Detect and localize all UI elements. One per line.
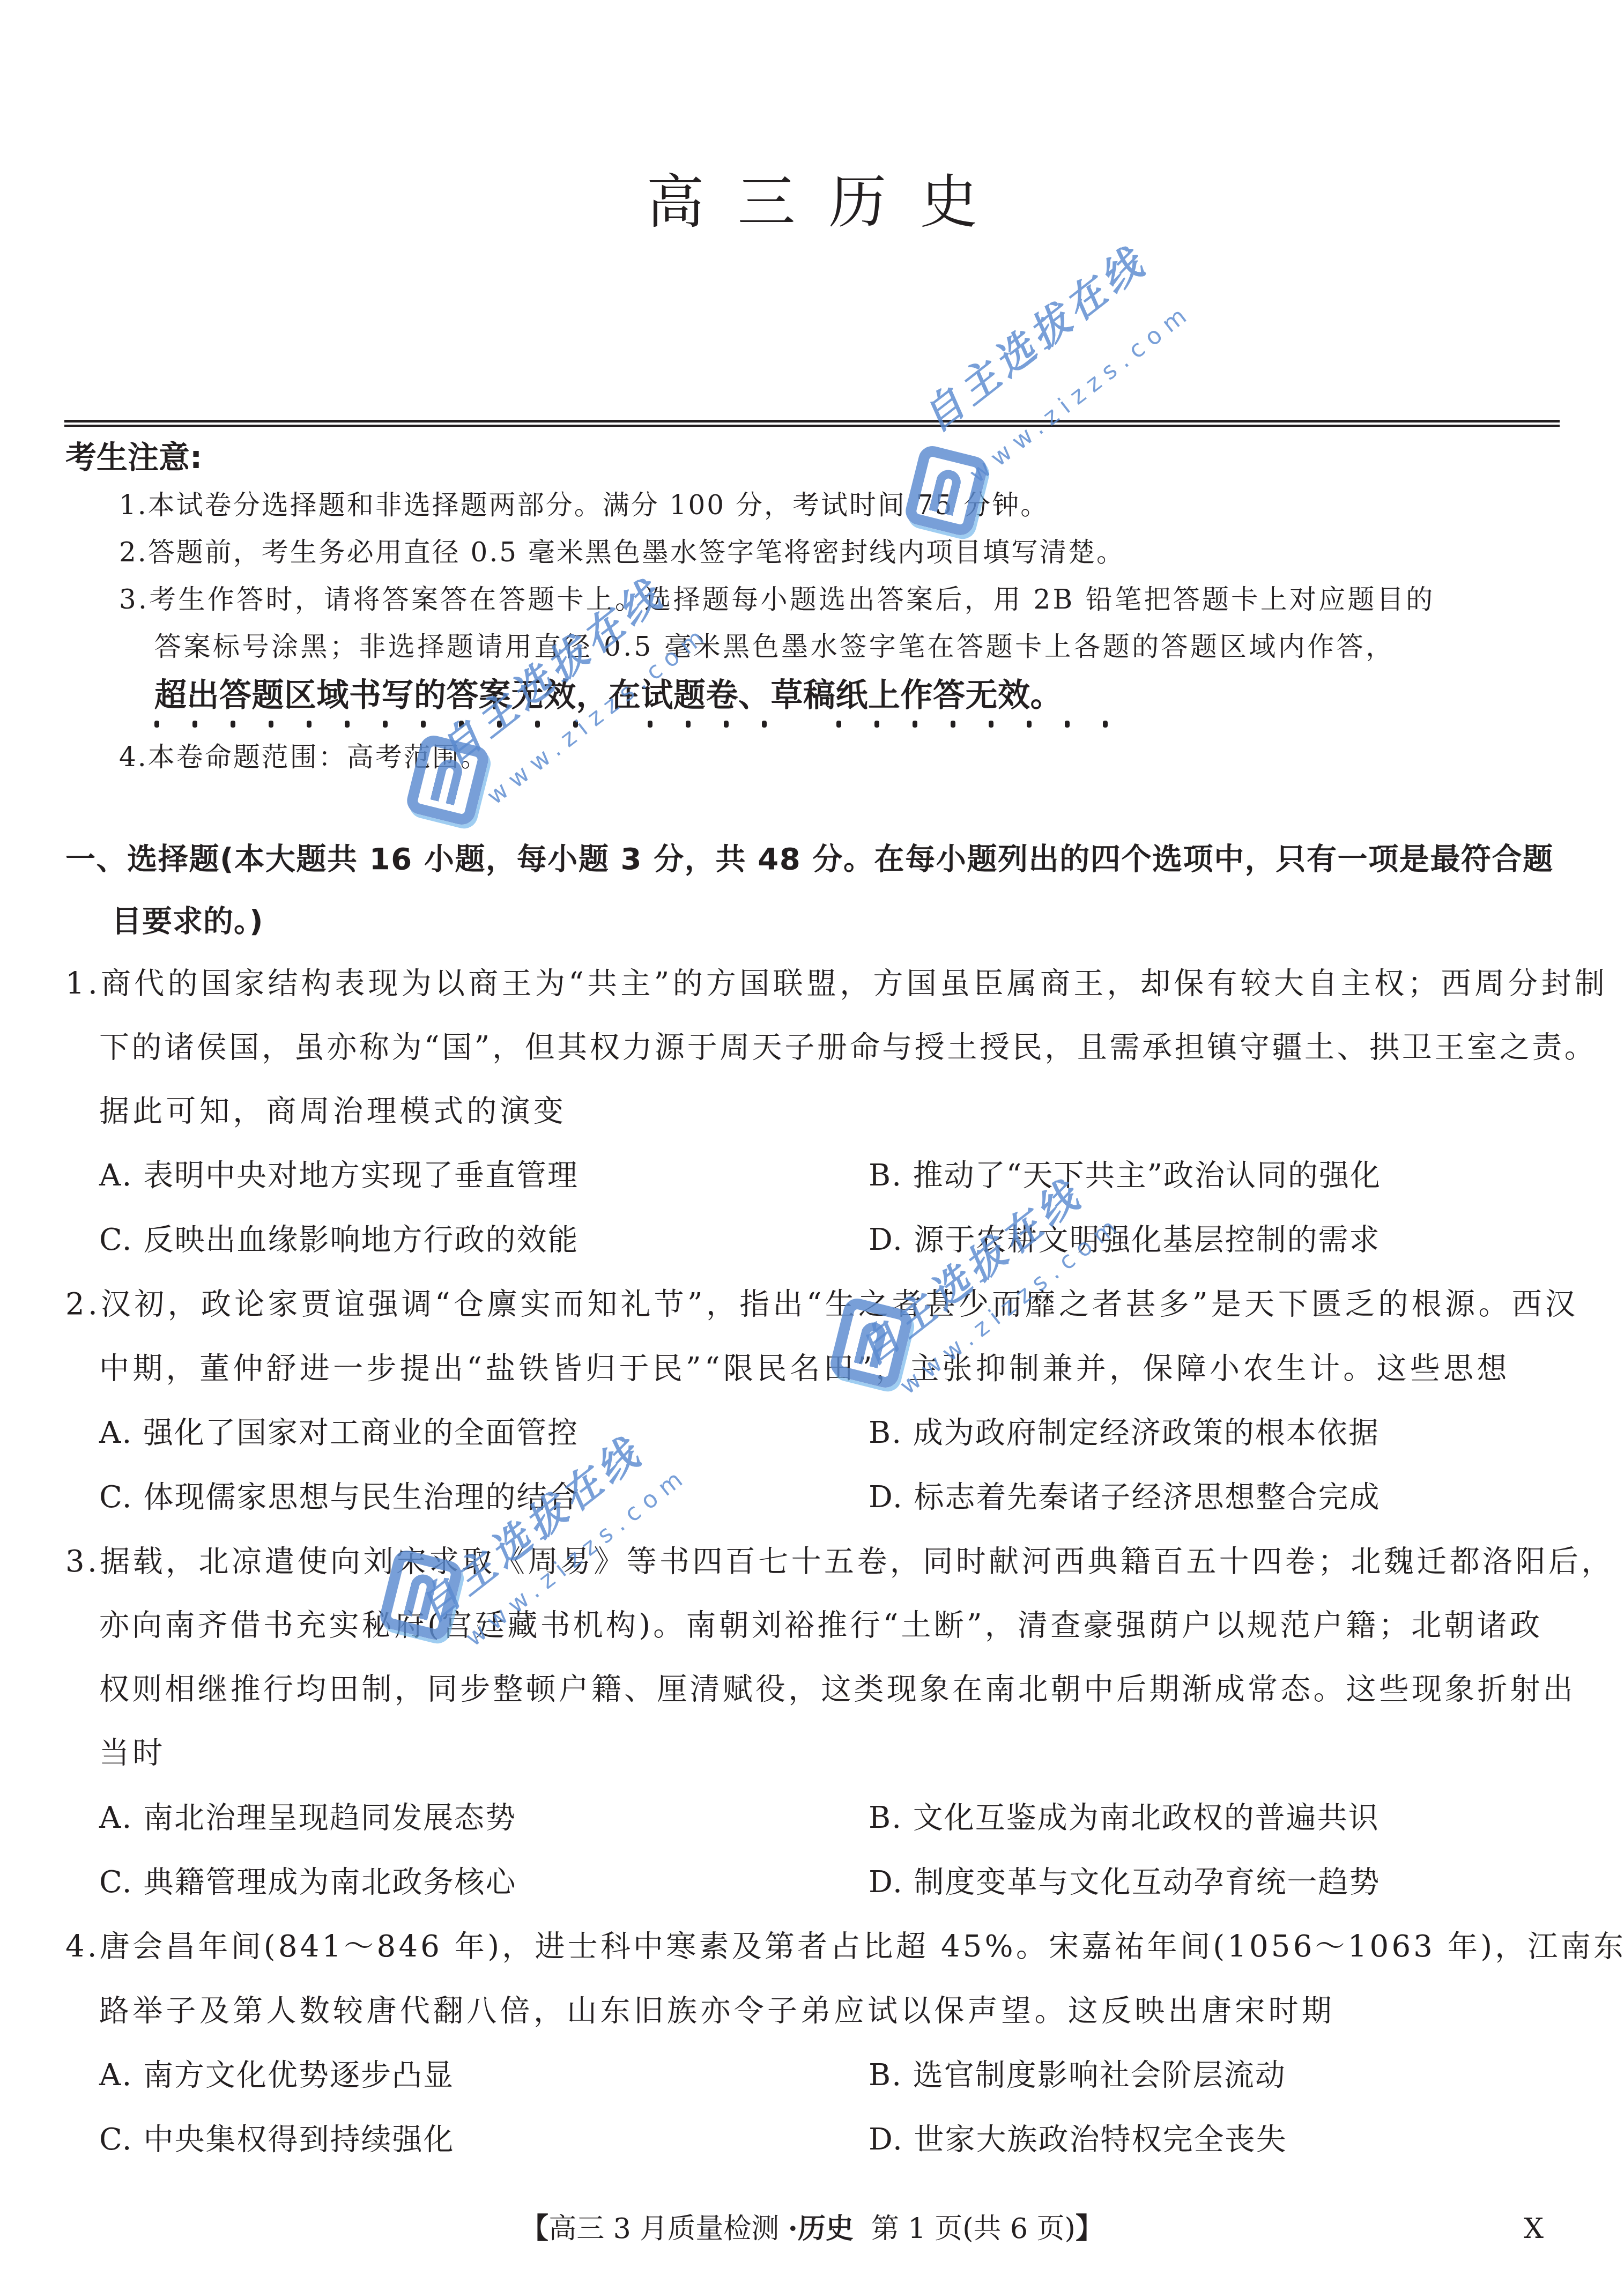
question-text: 下的诸侯国，虽亦称为“国”，但其权力源于周天子册命与授土授民，且需承担镇守疆土、… <box>99 1030 1597 1065</box>
notice-item-2: 2.答题前，考生务必用直径 0.5 毫米黑色墨水签字笔将密封线内项目填写清楚。 <box>119 536 1125 568</box>
watermark-text: 自主选拔在线 <box>844 1165 1092 1376</box>
question-text: 路举子及第人数较唐代翻八倍，山东旧族亦令子弟应试以保声望。这反映出唐宋时期 <box>99 1993 1335 2029</box>
watermark-url: www.zizzs.com <box>965 298 1198 488</box>
notice-item-3: 3.考生作答时，请将答案答在答题卡上。选择题每小题选出答案后，用 2B 铅笔把答… <box>119 583 1435 616</box>
notice-heading: 考生注意: <box>65 439 202 476</box>
option-d[interactable]: D. 制度变革与文化互动孕育统一趋势 <box>869 1865 1381 1900</box>
watermark-text: 自主选拔在线 <box>405 1422 652 1633</box>
option-d[interactable]: D. 源于农耕文明强化基层控制的需求 <box>869 1222 1381 1258</box>
option-d[interactable]: D. 世家大族政治特权完全丧失 <box>869 2122 1287 2158</box>
notice-emphasis: 超出答题区域书写的答案无效，在试题卷、草稿纸上作答无效。 <box>154 677 1063 714</box>
question-text: 2.汉初，政论家贾谊强调“仓廪实而知礼节”，指出“生之者甚少而靡之者甚多”是天下… <box>65 1287 1578 1322</box>
option-c[interactable]: C. 中央集权得到持续强化 <box>99 2122 454 2158</box>
header-rule-thick <box>64 420 1560 422</box>
question-text: 3.据载，北凉遣使向刘宋求取《周易》等书四百七十五卷，同时献河西典籍百五十四卷；… <box>65 1544 1614 1580</box>
option-b[interactable]: B. 推动了“天下共主”政治认同的强化 <box>869 1158 1381 1194</box>
option-c[interactable]: C. 体现儒家思想与民生治理的结合 <box>99 1480 579 1515</box>
notice-item-1: 1.本试卷分选择题和非选择题两部分。满分 100 分，考试时间 75 分钟。 <box>119 489 1049 521</box>
question-text: 1.商代的国家结构表现为以商王为“共主”的方国联盟，方国虽臣属商王，却保有较大自… <box>65 966 1608 1002</box>
section-heading: 一、选择题(本大题共 16 小题，每小题 3 分，共 48 分。在每小题列出的四… <box>65 841 1554 878</box>
footer-bracket-open: 【 <box>521 2212 548 2245</box>
footer-exam-name: 高三 3 月质量检测 <box>548 2213 779 2245</box>
section-heading-cont: 目要求的。) <box>112 903 264 940</box>
question-text: 当时 <box>99 1736 166 1771</box>
question-text: 中期，董仲舒进一步提出“盐铁皆归于民”“限民名田”，主张抑制兼并，保障小农生计。… <box>99 1351 1510 1387</box>
footer-version-mark: X <box>1524 2211 1544 2247</box>
footer-subject: 历史 <box>798 2212 854 2245</box>
footer-bracket-close: 】 <box>1076 2212 1103 2245</box>
option-b[interactable]: B. 选官制度影响社会阶层流动 <box>869 2058 1286 2093</box>
option-d[interactable]: D. 标志着先秦诸子经济思想整合完成 <box>869 1480 1381 1515</box>
footer-page-number: 第 1 页(共 6 页) <box>871 2213 1076 2245</box>
option-c[interactable]: C. 典籍管理成为南北政务核心 <box>99 1865 516 1900</box>
footer-separator: · <box>788 2212 798 2245</box>
question-text: 据此可知，商周治理模式的演变 <box>99 1094 567 1129</box>
option-b[interactable]: B. 成为政府制定经济政策的根本依据 <box>869 1415 1380 1451</box>
question-text: 4.唐会昌年间(841～846 年)，进士科中寒素及第者占比超 45%。宋嘉祐年… <box>65 1929 1624 1965</box>
watermark-text: 自主选拔在线 <box>909 232 1156 443</box>
notice-item-4: 4.本卷命题范围：高考范围。 <box>119 741 489 773</box>
page-footer: 【高三 3 月质量检测 ·历史 第 1 页(共 6 页)】 <box>0 2211 1624 2247</box>
option-a[interactable]: A. 南方文化优势逐步凸显 <box>99 2058 454 2093</box>
option-a[interactable]: A. 南北治理呈现趋同发展态势 <box>99 1800 516 1836</box>
option-a[interactable]: A. 强化了国家对工商业的全面管控 <box>99 1415 579 1451</box>
option-a[interactable]: A. 表明中央对地方实现了垂直管理 <box>99 1158 579 1194</box>
question-text: 权则相继推行均田制，同步整顿户籍、厘清赋役，这类现象在南北朝中后期渐成常态。这些… <box>99 1672 1576 1707</box>
notice-item-3-cont: 答案标号涂黑；非选择题请用直径 0.5 毫米黑色墨水签字笔在答题卡上各题的答题区… <box>154 631 1395 663</box>
emphasis-dots <box>154 721 1157 728</box>
question-text: 亦向南齐借书充实秘府(宫廷藏书机构)。南朝刘裕推行“土断”，清查豪强荫户以规范户… <box>99 1608 1543 1643</box>
page-title: 高三历史 <box>0 171 1624 235</box>
option-b[interactable]: B. 文化互鉴成为南北政权的普遍共识 <box>869 1800 1380 1836</box>
option-c[interactable]: C. 反映出血缘影响地方行政的效能 <box>99 1222 579 1258</box>
header-rule-thin <box>64 425 1560 427</box>
